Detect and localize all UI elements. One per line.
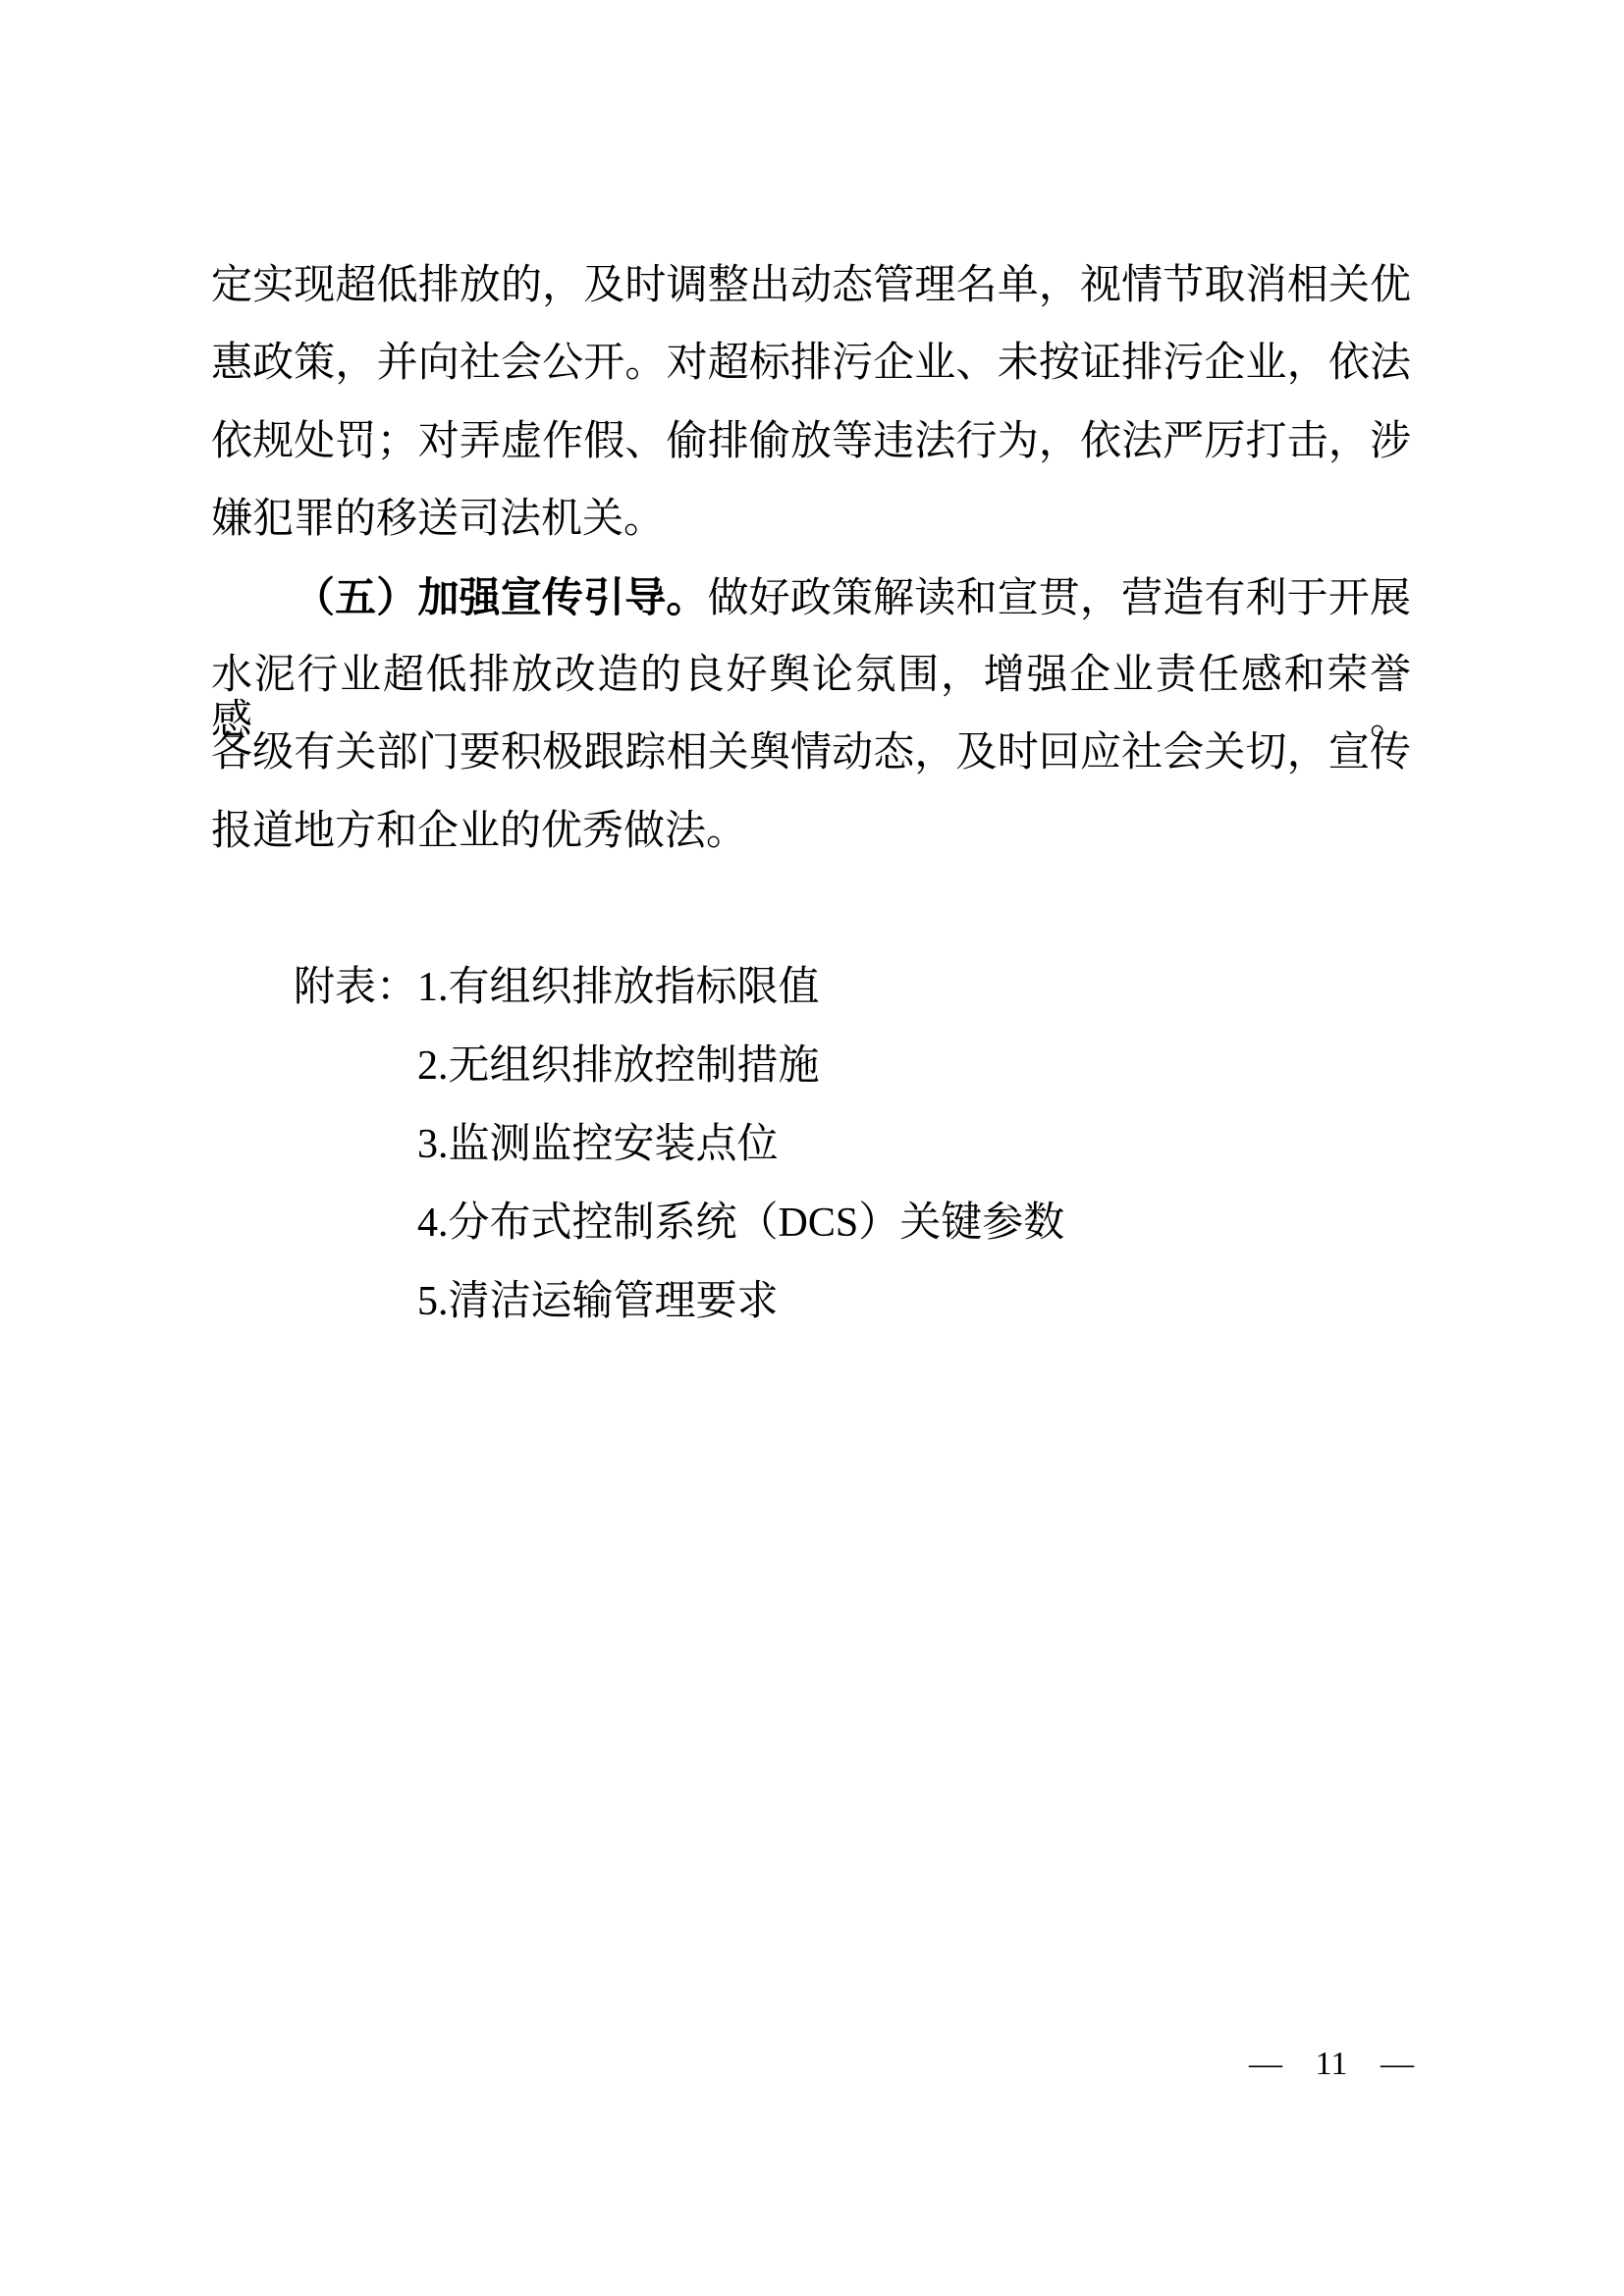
body-line-2: 惠政策，并向社会公开。对超标排污企业、未按证排污企业，依法 bbox=[211, 341, 1411, 388]
body-line-4: 嫌犯罪的移送司法机关。 bbox=[211, 497, 1411, 544]
attachment-list-item-2: 2.无组织排放控制措施 bbox=[294, 1043, 1413, 1091]
section5-line-1: （五）加强宣传引导。做好政策解读和宣贯，营造有利于开展 bbox=[211, 575, 1411, 622]
page-number-right-dash: — bbox=[1380, 2047, 1414, 2082]
attachment-list-item-5: 5.清洁运输管理要求 bbox=[294, 1279, 1413, 1326]
page-number-left-dash: — bbox=[1249, 2047, 1282, 2082]
section5-line-1-text: 做好政策解读和宣贯，营造有利于开展 bbox=[708, 576, 1411, 621]
attachment-list-item-3: 3.监测监控安装点位 bbox=[294, 1122, 1413, 1169]
attachment-list-label: 附表： bbox=[294, 965, 417, 1010]
attachment-item-4-text: 4.分布式控制系统（DCS）关键参数 bbox=[417, 1201, 1064, 1246]
body-line-1: 定实现超低排放的，及时调整出动态管理名单，视情节取消相关优 bbox=[211, 263, 1411, 310]
page-number-value: 11 bbox=[1316, 2047, 1348, 2082]
attachment-item-5-text: 5.清洁运输管理要求 bbox=[417, 1279, 779, 1324]
attachment-item-2-text: 2.无组织排放控制措施 bbox=[417, 1043, 820, 1089]
section5-line-2: 水泥行业超低排放改造的良好舆论氛围，增强企业责任感和荣誉感。 bbox=[211, 653, 1411, 700]
document-page: 定实现超低排放的，及时调整出动态管理名单，视情节取消相关优 惠政策，并向社会公开… bbox=[0, 0, 1624, 2296]
page-number: — 11 — bbox=[1249, 2047, 1414, 2082]
section5-line-4: 报道地方和企业的优秀做法。 bbox=[211, 809, 1411, 856]
attachment-item-3-text: 3.监测监控安装点位 bbox=[417, 1122, 779, 1167]
section5-heading: （五）加强宣传引导。 bbox=[294, 574, 708, 620]
section5-line-3: 各级有关部门要积极跟踪相关舆情动态，及时回应社会关切，宣传 bbox=[211, 730, 1411, 777]
attachment-item-1-text: 1.有组织排放指标限值 bbox=[417, 965, 820, 1010]
attachment-list-item-4: 4.分布式控制系统（DCS）关键参数 bbox=[294, 1201, 1413, 1248]
attachment-list-item-1: 附表：1.有组织排放指标限值 bbox=[294, 965, 1413, 1012]
body-line-3: 依规处罚；对弄虚作假、偷排偷放等违法行为，依法严厉打击，涉 bbox=[211, 419, 1411, 466]
